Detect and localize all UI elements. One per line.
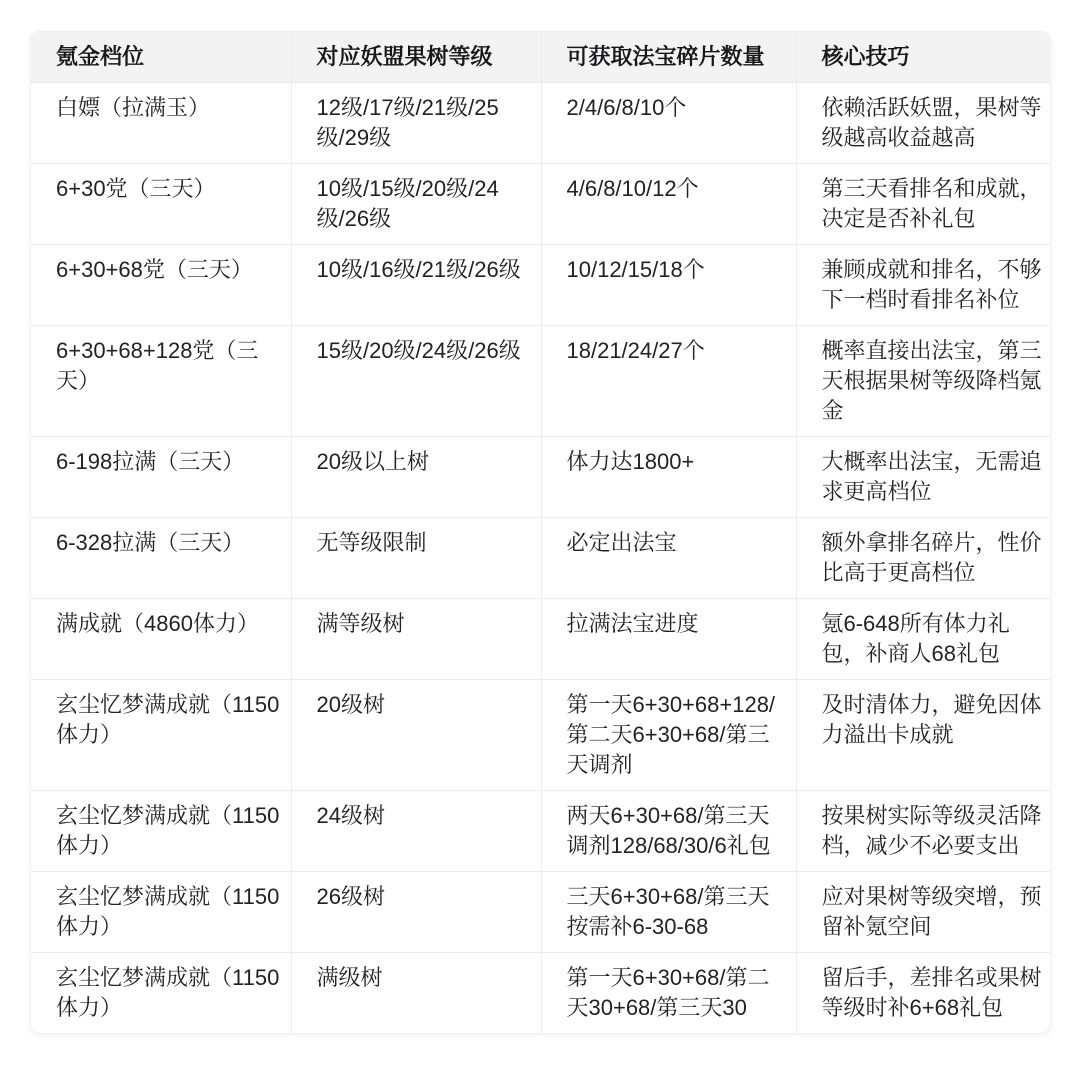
cell-tips: 兼顾成就和排名，不够下一档时看排名补位 (796, 245, 1050, 326)
cell-tips: 额外拿排名碎片，性价比高于更高档位 (796, 518, 1050, 599)
cell-tree-level: 20级以上树 (291, 437, 541, 518)
cell-fragments: 三天6+30+68/第三天按需补6-30-68 (541, 872, 796, 953)
cell-tips: 概率直接出法宝，第三天根据果树等级降档氪金 (796, 326, 1050, 437)
cell-tips: 留后手，差排名或果树等级时补6+68礼包 (796, 953, 1050, 1034)
table-row: 玄尘忆梦满成就（1150体力） 26级树 三天6+30+68/第三天按需补6-3… (31, 872, 1050, 953)
cell-tree-level: 满级树 (291, 953, 541, 1034)
cell-tier: 6-328拉满（三天） (31, 518, 291, 599)
table-row: 玄尘忆梦满成就（1150体力） 20级树 第一天6+30+68+128/第二天6… (31, 680, 1050, 791)
cell-fragments: 2/4/6/8/10个 (541, 83, 796, 164)
cell-tier: 白嫖（拉满玉） (31, 83, 291, 164)
cell-fragments: 两天6+30+68/第三天调剂128/68/30/6礼包 (541, 791, 796, 872)
cell-tree-level: 20级树 (291, 680, 541, 791)
cell-tier: 6+30+68+128党（三天） (31, 326, 291, 437)
cell-tips: 及时清体力，避免因体力溢出卡成就 (796, 680, 1050, 791)
cell-tree-level: 满等级树 (291, 599, 541, 680)
table-row: 6-198拉满（三天） 20级以上树 体力达1800+ 大概率出法宝，无需追求更… (31, 437, 1050, 518)
cell-tips: 应对果树等级突增，预留补氪空间 (796, 872, 1050, 953)
cell-tree-level: 24级树 (291, 791, 541, 872)
cell-tree-level: 26级树 (291, 872, 541, 953)
cell-tier: 6+30+68党（三天） (31, 245, 291, 326)
cell-tips: 按果树实际等级灵活降档，减少不必要支出 (796, 791, 1050, 872)
cell-tier: 6+30党（三天） (31, 164, 291, 245)
cell-tier: 玄尘忆梦满成就（1150体力） (31, 680, 291, 791)
cell-tips: 氪6-648所有体力礼包，补商人68礼包 (796, 599, 1050, 680)
krypton-tier-table: 氪金档位 对应妖盟果树等级 可获取法宝碎片数量 核心技巧 白嫖（拉满玉） 12级… (31, 32, 1050, 1033)
cell-fragments: 第一天6+30+68+128/第二天6+30+68/第三天调剂 (541, 680, 796, 791)
table-row: 白嫖（拉满玉） 12级/17级/21级/25级/29级 2/4/6/8/10个 … (31, 83, 1050, 164)
table-row: 满成就（4860体力） 满等级树 拉满法宝进度 氪6-648所有体力礼包，补商人… (31, 599, 1050, 680)
table-row: 6+30+68党（三天） 10级/16级/21级/26级 10/12/15/18… (31, 245, 1050, 326)
cell-fragments: 10/12/15/18个 (541, 245, 796, 326)
cell-tier: 玄尘忆梦满成就（1150体力） (31, 953, 291, 1034)
cell-tree-level: 10级/15级/20级/24级/26级 (291, 164, 541, 245)
col-header-core-tips: 核心技巧 (796, 32, 1050, 83)
table-row: 6+30党（三天） 10级/15级/20级/24级/26级 4/6/8/10/1… (31, 164, 1050, 245)
cell-tier: 玄尘忆梦满成就（1150体力） (31, 872, 291, 953)
cell-fragments: 必定出法宝 (541, 518, 796, 599)
cell-tips: 依赖活跃妖盟，果树等级越高收益越高 (796, 83, 1050, 164)
cell-fragments: 拉满法宝进度 (541, 599, 796, 680)
table-row: 6-328拉满（三天） 无等级限制 必定出法宝 额外拿排名碎片，性价比高于更高档… (31, 518, 1050, 599)
krypton-tier-table-card: 氪金档位 对应妖盟果树等级 可获取法宝碎片数量 核心技巧 白嫖（拉满玉） 12级… (30, 31, 1051, 1034)
cell-fragments: 第一天6+30+68/第二天30+68/第三天30 (541, 953, 796, 1034)
col-header-krypton-tier: 氪金档位 (31, 32, 291, 83)
col-header-tree-level: 对应妖盟果树等级 (291, 32, 541, 83)
cell-tier: 6-198拉满（三天） (31, 437, 291, 518)
table-row: 玄尘忆梦满成就（1150体力） 满级树 第一天6+30+68/第二天30+68/… (31, 953, 1050, 1034)
cell-tree-level: 10级/16级/21级/26级 (291, 245, 541, 326)
header-row: 氪金档位 对应妖盟果树等级 可获取法宝碎片数量 核心技巧 (31, 32, 1050, 83)
table-row: 玄尘忆梦满成就（1150体力） 24级树 两天6+30+68/第三天调剂128/… (31, 791, 1050, 872)
cell-fragments: 18/21/24/27个 (541, 326, 796, 437)
cell-tree-level: 12级/17级/21级/25级/29级 (291, 83, 541, 164)
cell-tier: 满成就（4860体力） (31, 599, 291, 680)
cell-tips: 第三天看排名和成就，决定是否补礼包 (796, 164, 1050, 245)
cell-tips: 大概率出法宝，无需追求更高档位 (796, 437, 1050, 518)
cell-tier: 玄尘忆梦满成就（1150体力） (31, 791, 291, 872)
cell-tree-level: 无等级限制 (291, 518, 541, 599)
cell-tree-level: 15级/20级/24级/26级 (291, 326, 541, 437)
table-row: 6+30+68+128党（三天） 15级/20级/24级/26级 18/21/2… (31, 326, 1050, 437)
cell-fragments: 体力达1800+ (541, 437, 796, 518)
cell-fragments: 4/6/8/10/12个 (541, 164, 796, 245)
col-header-fragment-count: 可获取法宝碎片数量 (541, 32, 796, 83)
